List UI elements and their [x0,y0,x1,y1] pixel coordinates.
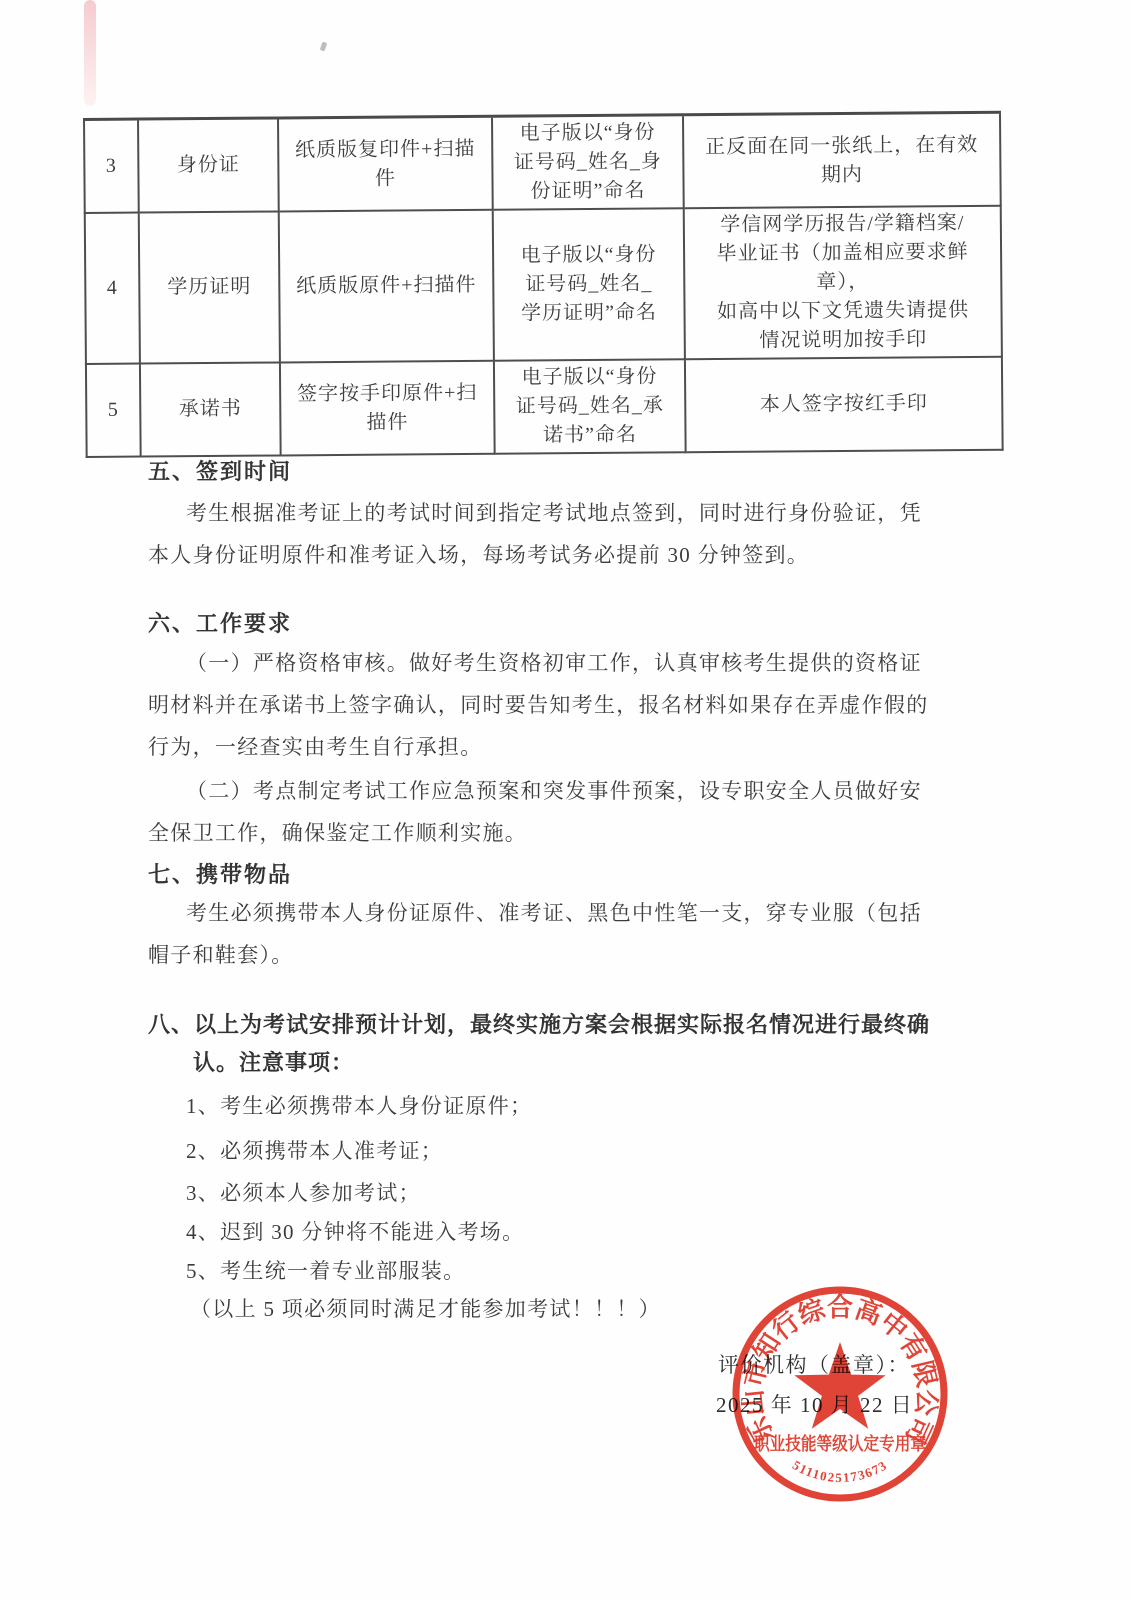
note-line: （以上 5 项必须同时满足才能参加考试！！！） [190,1296,661,1323]
paragraph-line: 考生必须携带本人身份证原件、准考证、黑色中性笔一支，穿专业服（包括 [186,900,922,927]
scan-artifact-streak [84,0,96,106]
table-row: 3 身份证 纸质版复印件+扫描 件 电子版以“身份 证号码_姓名_身 份证明”命… [84,112,1001,213]
list-item: 1、考生必须携带本人身份证原件； [186,1093,532,1120]
paragraph-line: 明材料并在承诺书上签字确认，同时要告知考生，报名材料如果存在弄虚作假的 [148,692,929,719]
cell-form: 纸质版原件+扫描件 [279,210,494,363]
cell-number: 3 [84,119,139,213]
cell-material-name: 学历证明 [139,211,280,363]
paragraph-line: 考生根据准考证上的考试时间到指定考试地点签到，同时进行身份验证，凭 [186,500,922,527]
section-6-heading: 六、工作要求 [148,610,292,637]
section-8-heading-line1: 八、以上为考试安排预计计划，最终实施方案会根据实际报名情况进行最终确 [148,1011,930,1038]
requirements-table: 3 身份证 纸质版复印件+扫描 件 电子版以“身份 证号码_姓名_身 份证明”命… [83,111,1004,458]
section-8-heading-line2: 认。注意事项： [193,1049,354,1076]
paragraph-line: 行为，一经查实由考生自行承担。 [148,734,483,761]
document-page: 3 身份证 纸质版复印件+扫描 件 电子版以“身份 证号码_姓名_身 份证明”命… [0,0,1131,1600]
official-seal: 乐山市知行综合高中有限公司 职业技能等级认定专用章 5111025173673 [728,1282,952,1506]
list-item: 4、迟到 30 分钟将不能进入考场。 [186,1219,524,1246]
seal-title: 职业技能等级认定专用章 [754,1433,926,1454]
section-7-heading: 七、携带物品 [148,861,292,888]
list-item: 3、必须本人参加考试； [186,1180,421,1207]
seal-star-icon [794,1342,885,1429]
seal-number-arc: 5111025173673 [790,1457,890,1485]
cell-number: 4 [85,213,140,364]
section-5-heading: 五、签到时间 [148,458,292,485]
cell-form: 签字按手印原件+扫 描件 [280,361,495,456]
paragraph-line: 全保卫工作，确保鉴定工作顺利实施。 [148,820,527,847]
cell-naming-rule: 电子版以“身份 证号码_姓名_身 份证明”命名 [492,115,684,210]
cell-naming-rule: 电子版以“身份 证号码_姓名_ 学历证明”命名 [493,208,685,360]
cell-naming-rule: 电子版以“身份 证号码_姓名_承 诺书”命名 [494,359,686,453]
paragraph-line: 本人身份证明原件和准考证入场，每场考试务必提前 30 分钟签到。 [148,542,809,569]
cell-remark: 本人签字按红手印 [685,357,1003,452]
cell-material-name: 承诺书 [140,362,281,456]
paragraph-line: （一）严格资格审核。做好考生资格初审工作，认真审核考生提供的资格证 [186,650,922,677]
list-item: 2、必须携带本人准考证； [186,1138,443,1165]
table-row: 4 学历证明 纸质版原件+扫描件 电子版以“身份 证号码_姓名_ 学历证明”命名… [85,206,1002,364]
cell-remark: 正反面在同一张纸上，在有效 期内 [683,112,1001,208]
cell-material-name: 身份证 [138,118,279,213]
scan-artifact-speck [320,41,328,51]
list-item: 5、考生统一着专业部服装。 [186,1258,465,1285]
paragraph-line: （二）考点制定考试工作应急预案和突发事件预案，设专职安全人员做好安 [186,778,922,805]
cell-form: 纸质版复印件+扫描 件 [278,116,493,211]
table-row: 5 承诺书 签字按手印原件+扫 描件 电子版以“身份 证号码_姓名_承 诺书”命… [86,357,1003,457]
cell-number: 5 [86,364,141,457]
cell-remark: 学信网学历报告/学籍档案/ 毕业证书（加盖相应要求鲜章）， 如高中以下文凭遗失请… [684,206,1002,359]
paragraph-line: 帽子和鞋套）。 [148,942,294,969]
